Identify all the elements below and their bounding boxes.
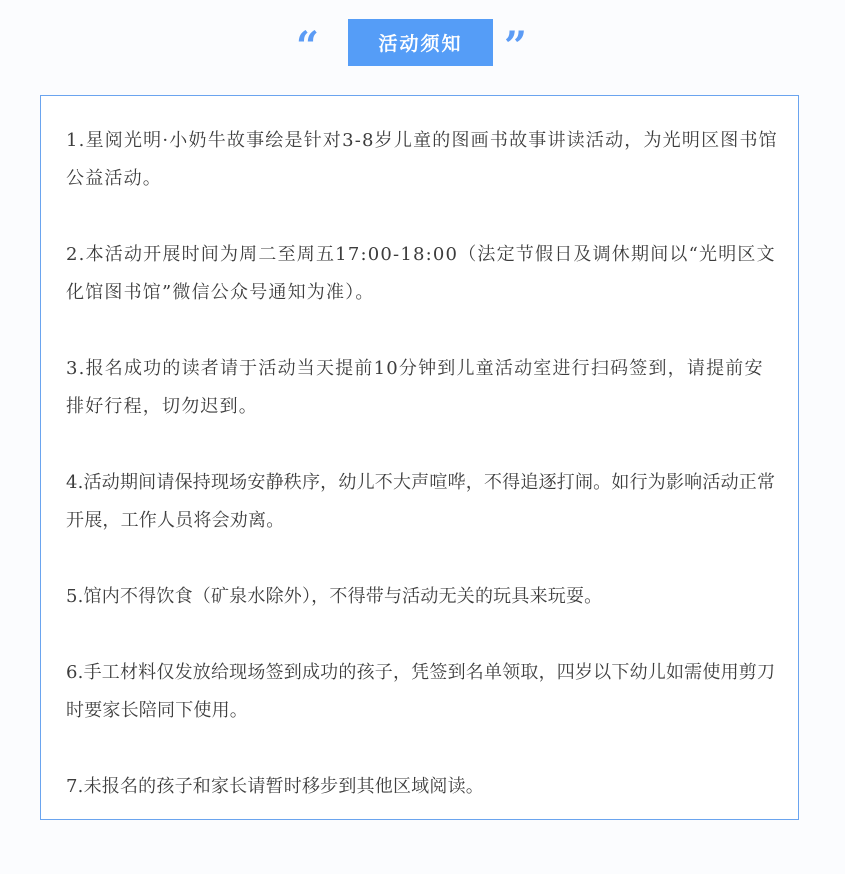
- notice-item-3: 3.报名成功的读者请于活动当天提前10分钟到儿童活动室进行扫码签到，请提前安排好…: [66, 350, 781, 426]
- notice-item-1: 1.星阅光明·小奶牛故事绘是针对3-8岁儿童的图画书故事讲读活动，为光明区图书馆…: [66, 122, 781, 198]
- notice-item-6: 6.手工材料仅发放给现场签到成功的孩子，凭签到名单领取，四岁以下幼儿如需使用剪刀…: [66, 654, 781, 730]
- notice-box: 1.星阅光明·小奶牛故事绘是针对3-8岁儿童的图画书故事讲读活动，为光明区图书馆…: [40, 95, 799, 820]
- notice-item-2: 2.本活动开展时间为周二至周五17:00-18:00（法定节假日及调休期间以“光…: [66, 236, 781, 312]
- left-quote-icon: “: [296, 27, 319, 57]
- section-header: “ 活动须知 ”: [0, 19, 845, 66]
- notice-item-5: 5.馆内不得饮食（矿泉水除外），不得带与活动无关的玩具来玩耍。: [66, 578, 781, 616]
- right-quote-icon: ”: [504, 27, 527, 57]
- section-title-badge: 活动须知: [348, 19, 493, 66]
- notice-item-7: 7.未报名的孩子和家长请暂时移步到其他区域阅读。: [66, 768, 781, 806]
- notice-item-4: 4.活动期间请保持现场安静秩序，幼儿不大声喧哗，不得追逐打闹。如行为影响活动正常…: [66, 464, 781, 540]
- notice-list: 1.星阅光明·小奶牛故事绘是针对3-8岁儿童的图画书故事讲读活动，为光明区图书馆…: [66, 122, 781, 844]
